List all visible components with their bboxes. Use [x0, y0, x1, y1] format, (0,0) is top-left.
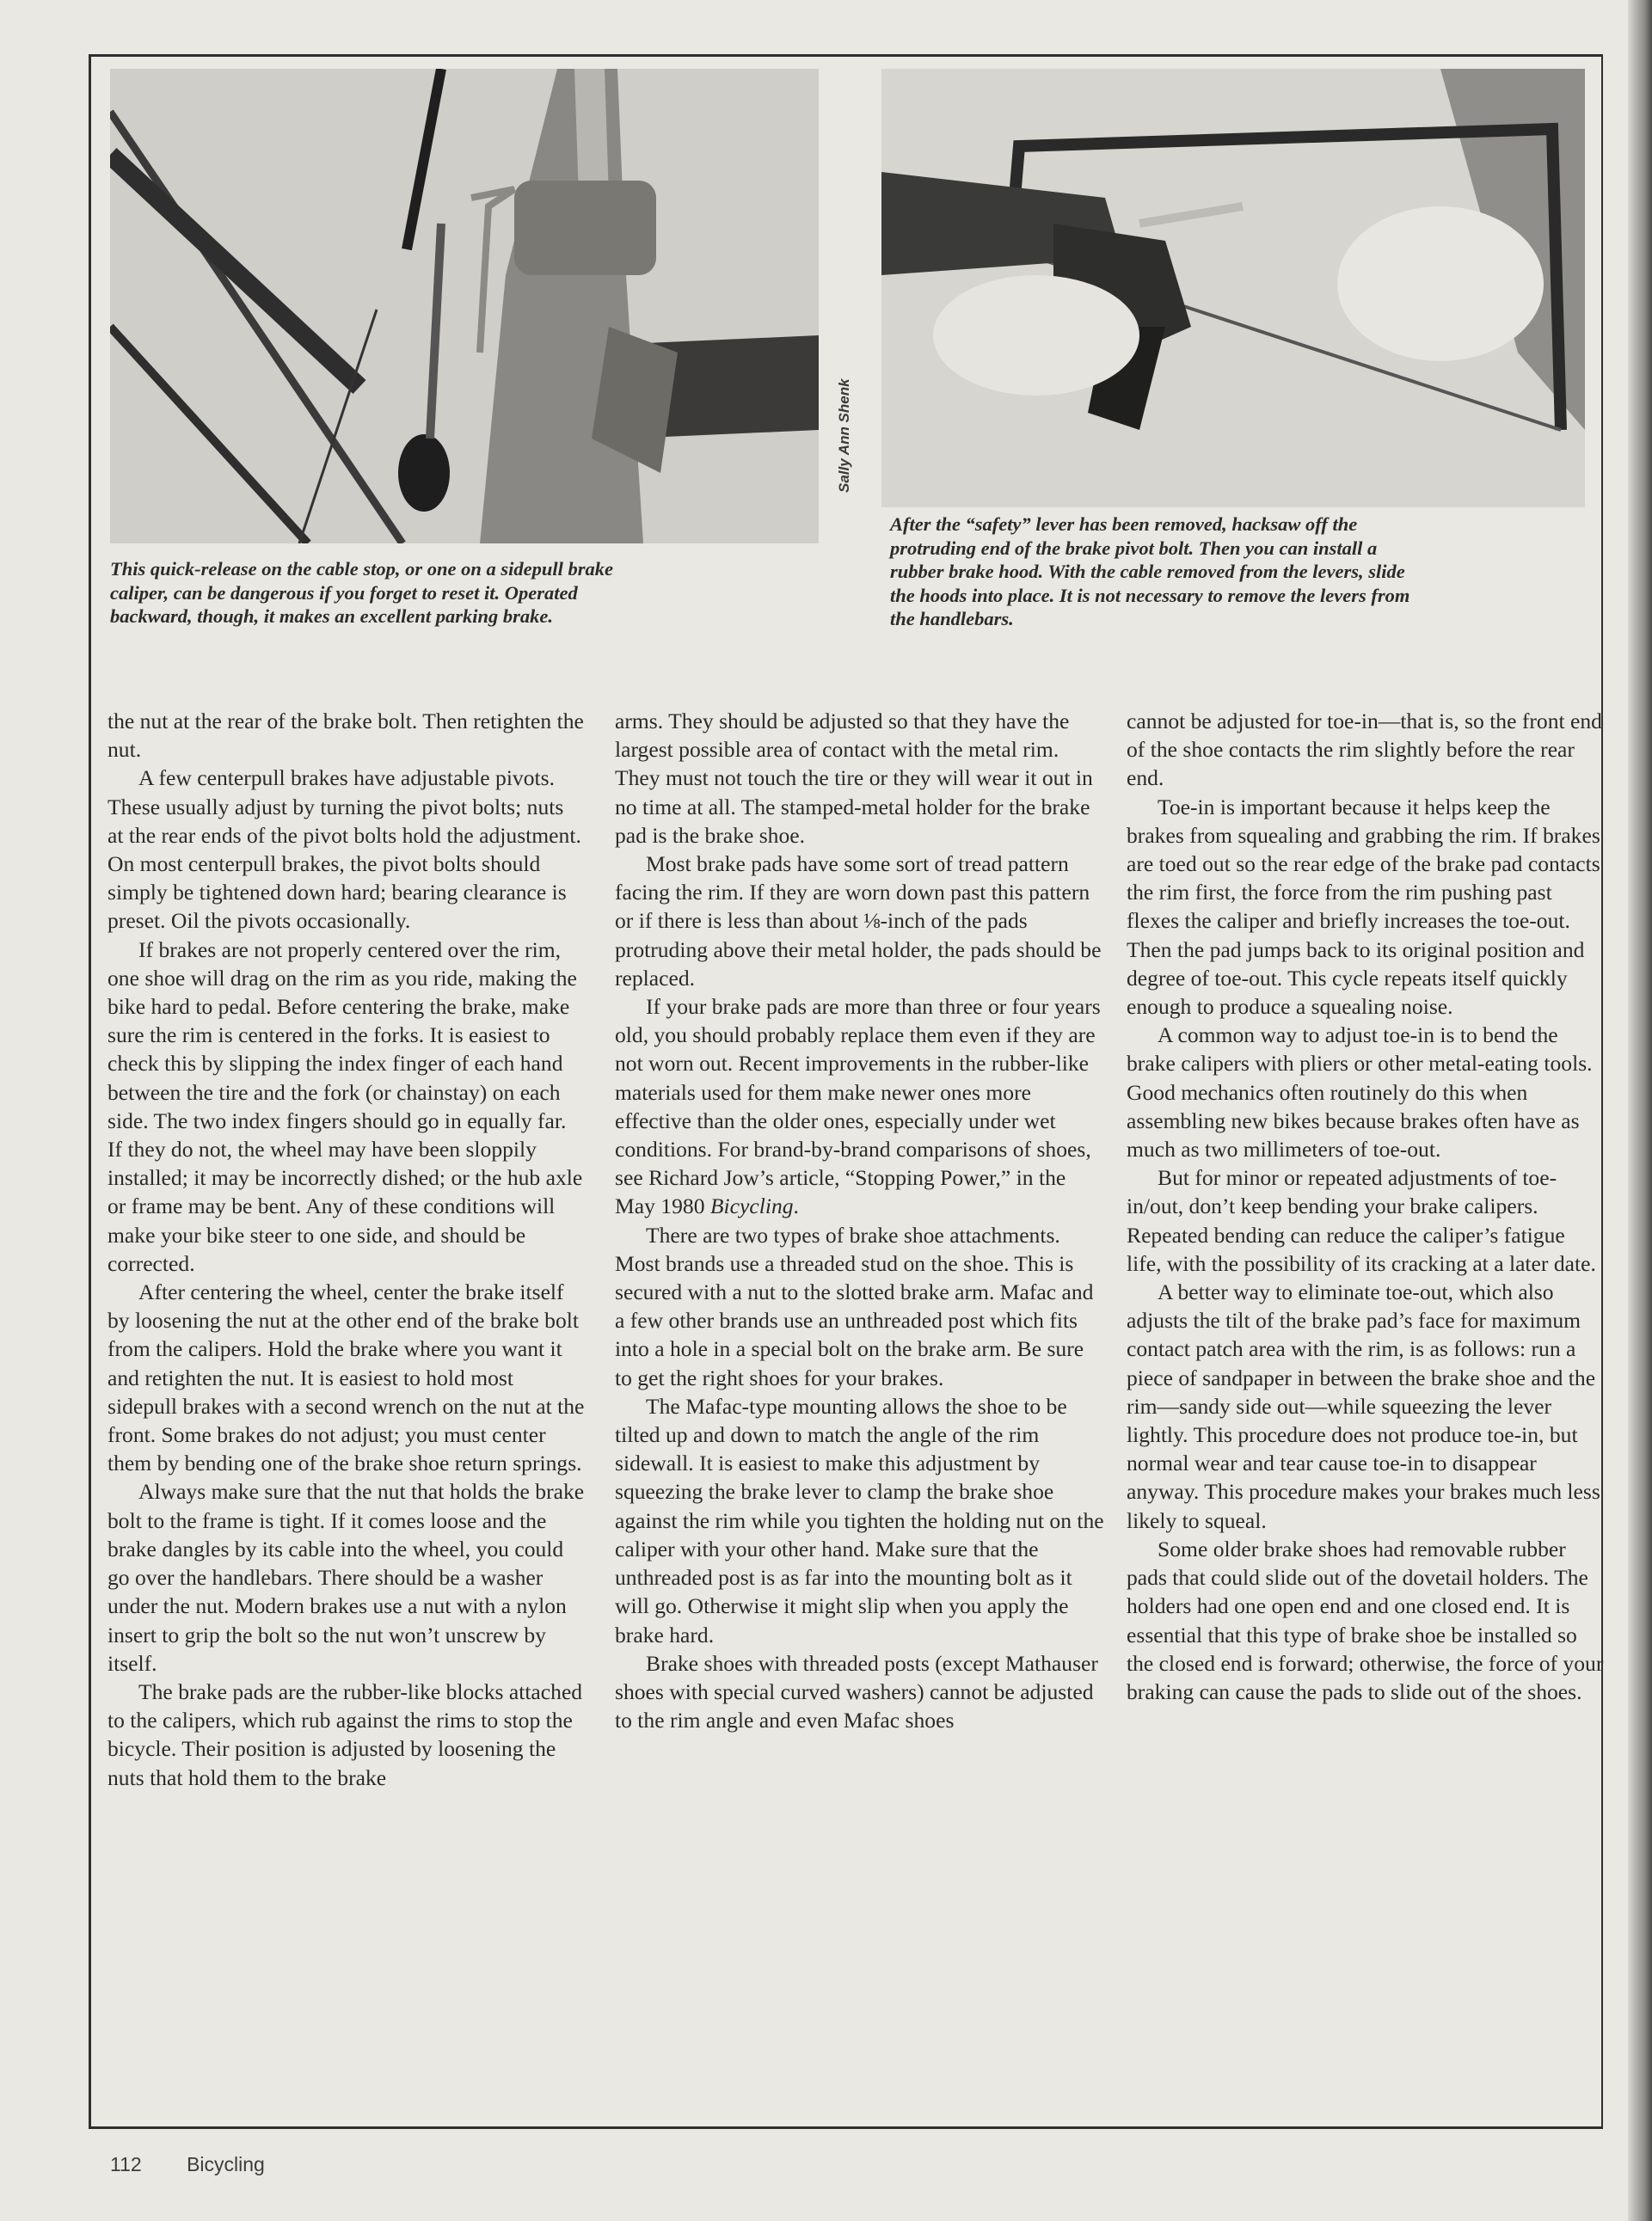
paragraph: There are two types of brake shoe attach…	[615, 1221, 1105, 1392]
photo-caption-right: After the “safety” lever has been remove…	[890, 512, 1423, 631]
paragraph: After centering the wheel, center the br…	[107, 1278, 585, 1477]
paragraph-text: If your brake pads are more than three o…	[615, 994, 1101, 1218]
paragraph: Most brake pads have some sort of tread …	[615, 850, 1105, 992]
page-binding-edge	[1628, 0, 1652, 2221]
paragraph: the nut at the rear of the brake bolt. T…	[107, 707, 585, 764]
paragraph: The brake pads are the rubber-like block…	[107, 1678, 585, 1792]
photo-caption-left: This quick-release on the cable stop, or…	[110, 557, 617, 629]
page-footer: 112 Bicycling	[110, 2153, 265, 2176]
article-column-2: arms. They should be adjusted so that th…	[615, 707, 1105, 1734]
bicycle-headtube-illustration	[110, 69, 819, 543]
publication-name: Bicycling	[187, 2153, 265, 2176]
paragraph: A common way to adjust toe-in is to bend…	[1127, 1021, 1604, 1163]
photo-cable-stop-quick-release	[110, 69, 819, 543]
paragraph: If your brake pads are more than three o…	[615, 992, 1105, 1221]
magazine-title-italic: Bicycling	[710, 1193, 794, 1218]
photo-credit: Sally Ann Shenk	[836, 371, 860, 500]
paragraph-tail: .	[794, 1193, 799, 1218]
article-column-3: cannot be adjusted for toe-in—that is, s…	[1127, 707, 1604, 1706]
paragraph: Some older brake shoes had removable rub…	[1127, 1535, 1604, 1706]
paragraph: A few centerpull brakes have adjustable …	[107, 764, 585, 935]
paragraph: A better way to eliminate toe-out, which…	[1127, 1278, 1604, 1535]
paragraph: Toe-in is important because it helps kee…	[1127, 793, 1604, 1022]
page-number: 112	[110, 2153, 142, 2176]
paragraph: But for minor or repeated adjustments of…	[1127, 1163, 1604, 1278]
paragraph: Always make sure that the nut that holds…	[107, 1477, 585, 1677]
paragraph: If brakes are not properly centered over…	[107, 936, 585, 1278]
article-column-1: the nut at the rear of the brake bolt. T…	[107, 707, 585, 1792]
paragraph: The Mafac-type mounting allows the shoe …	[615, 1392, 1105, 1649]
paragraph: cannot be adjusted for toe-in—that is, s…	[1127, 707, 1604, 793]
paragraph: arms. They should be adjusted so that th…	[615, 707, 1105, 850]
hacksaw-brake-lever-illustration	[881, 69, 1585, 507]
photo-hacksaw-brake-lever	[881, 69, 1585, 507]
paragraph: Brake shoes with threaded posts (except …	[615, 1649, 1105, 1735]
